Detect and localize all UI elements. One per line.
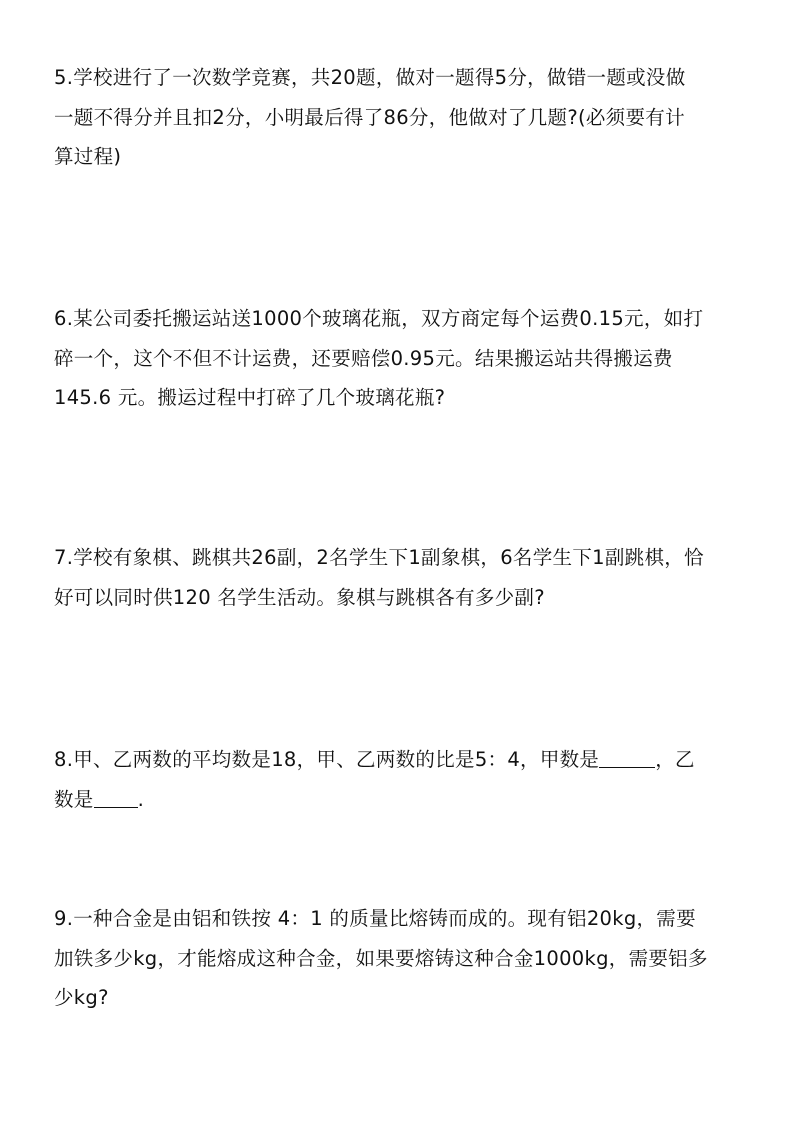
question-6-line-2: 碎一个，这个不但不计运费，还要赔偿0.95元。结果搬运站共得搬运费	[54, 339, 744, 379]
answer-blank-yi[interactable]	[94, 787, 138, 808]
question-8-line-1: 8.甲、乙两数的平均数是18，甲、乙两数的比是5：4，甲数是，乙	[54, 740, 744, 780]
question-8: 8.甲、乙两数的平均数是18，甲、乙两数的比是5：4，甲数是，乙 数是.	[54, 740, 744, 819]
question-9: 9.一种合金是由铝和铁按 4：1 的质量比熔铸而成的。现有铝20kg，需要 加铁…	[54, 899, 744, 1018]
question-9-line-1: 9.一种合金是由铝和铁按 4：1 的质量比熔铸而成的。现有铝20kg，需要	[54, 899, 744, 939]
question-7: 7.学校有象棋、跳棋共26副，2名学生下1副象棋，6名学生下1副跳棋，恰 好可以…	[54, 538, 744, 617]
worksheet-page: 5.学校进行了一次数学竞赛，共20题，做对一题得5分，做错一题或没做 一题不得分…	[0, 0, 793, 1122]
question-6: 6.某公司委托搬运站送1000个玻璃花瓶，双方商定每个运费0.15元，如打 碎一…	[54, 299, 744, 418]
question-5-line-2: 一题不得分并且扣2分，小明最后得了86分，他做对了几题?(必须要有计	[54, 98, 744, 138]
answer-blank-jia[interactable]	[599, 748, 655, 769]
question-8-text-b: ，乙	[655, 748, 695, 771]
question-8-text-c: 数是	[54, 788, 94, 811]
question-7-line-2: 好可以同时供120 名学生活动。象棋与跳棋各有多少副?	[54, 578, 744, 618]
question-6-line-3: 145.6 元。搬运过程中打碎了几个玻璃花瓶?	[54, 378, 744, 418]
question-7-line-1: 7.学校有象棋、跳棋共26副，2名学生下1副象棋，6名学生下1副跳棋，恰	[54, 538, 744, 578]
question-9-line-3: 少kg?	[54, 978, 744, 1018]
question-8-text-a: 8.甲、乙两数的平均数是18，甲、乙两数的比是5：4，甲数是	[54, 748, 599, 771]
question-8-line-2: 数是.	[54, 780, 744, 820]
question-5-line-3: 算过程)	[54, 137, 744, 177]
question-5: 5.学校进行了一次数学竞赛，共20题，做对一题得5分，做错一题或没做 一题不得分…	[54, 58, 744, 177]
question-8-text-d: .	[138, 788, 145, 811]
question-6-line-1: 6.某公司委托搬运站送1000个玻璃花瓶，双方商定每个运费0.15元，如打	[54, 299, 744, 339]
question-9-line-2: 加铁多少kg，才能熔成这种合金，如果要熔铸这种合金1000kg，需要铝多	[54, 939, 744, 979]
question-5-line-1: 5.学校进行了一次数学竞赛，共20题，做对一题得5分，做错一题或没做	[54, 58, 744, 98]
